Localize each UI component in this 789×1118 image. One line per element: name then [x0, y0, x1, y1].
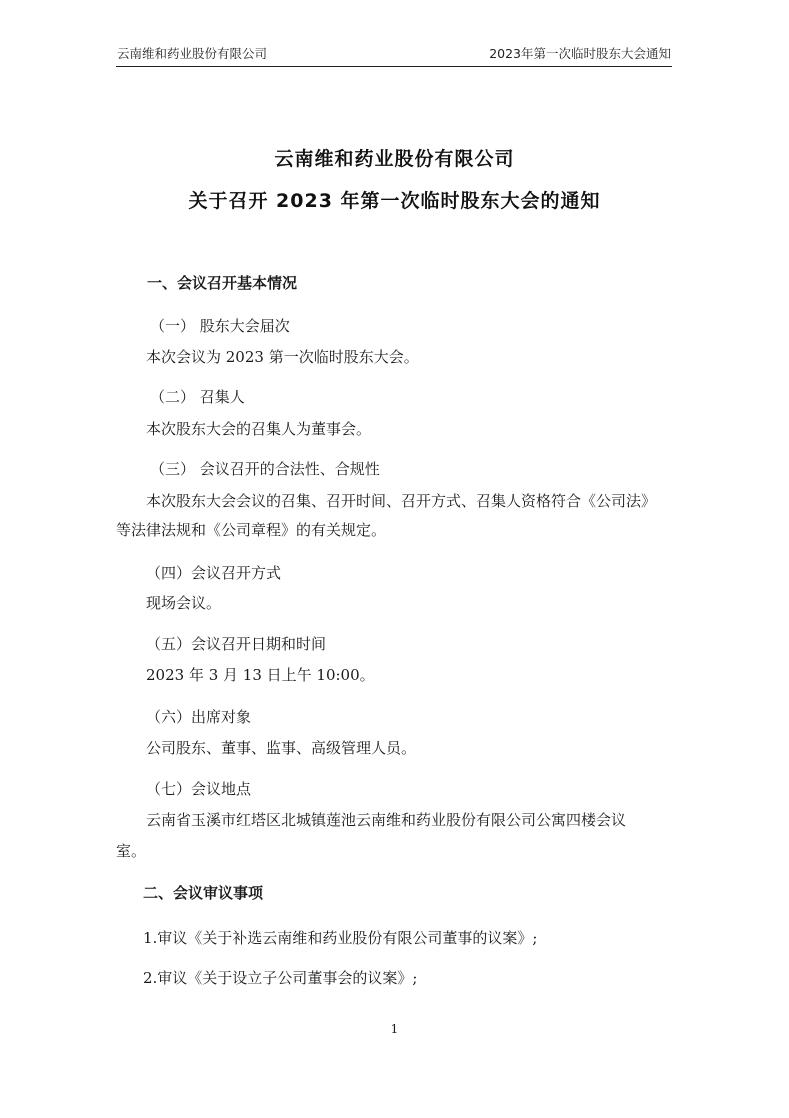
item-label: （六）出席对象 [146, 706, 251, 727]
item-body: 现场会议。 [146, 592, 221, 613]
item-body: 本次股东大会的召集人为董事会。 [146, 418, 371, 439]
item-body: 云南省玉溪市红塔区北城镇莲池云南维和药业股份有限公司公寓四楼会议 [146, 809, 626, 830]
item-label: （三） 会议召开的合法性、合规性 [150, 458, 380, 479]
section2-heading: 二、会议审议事项 [143, 882, 263, 903]
item-body: 本次会议为 2023 第一次临时股东大会。 [146, 346, 419, 367]
item-body: 本次股东大会会议的召集、召开时间、召开方式、召集人资格符合《公司法》 [146, 490, 656, 511]
header-document-title: 2023年第一次临时股东大会通知 [489, 44, 671, 62]
agenda-item: 1.审议《关于补选云南维和药业股份有限公司董事的议案》; [143, 927, 537, 948]
document-title-company: 云南维和药业股份有限公司 [0, 144, 789, 171]
item-body: 2023 年 3 月 13 日上午 10:00。 [146, 664, 375, 685]
item-label: （四）会议召开方式 [146, 562, 281, 583]
item-label: （五）会议召开日期和时间 [146, 633, 326, 654]
page-number: 1 [0, 1022, 789, 1036]
item-label: （一） 股东大会届次 [150, 315, 290, 336]
document-title-notice: 关于召开 2023 年第一次临时股东大会的通知 [0, 186, 789, 213]
agenda-item: 2.审议《关于设立子公司董事会的议案》; [143, 967, 417, 988]
item-label: （七）会议地点 [146, 778, 251, 799]
section1-heading: 一、会议召开基本情况 [147, 272, 297, 293]
header-company-name: 云南维和药业股份有限公司 [117, 44, 267, 62]
item-body: 公司股东、董事、监事、高级管理人员。 [146, 737, 416, 758]
item-label: （二） 召集人 [150, 386, 245, 407]
header-divider [116, 66, 672, 67]
item-body: 等法律法规和《公司章程》的有关规定。 [116, 519, 386, 540]
item-body: 室。 [116, 840, 146, 861]
